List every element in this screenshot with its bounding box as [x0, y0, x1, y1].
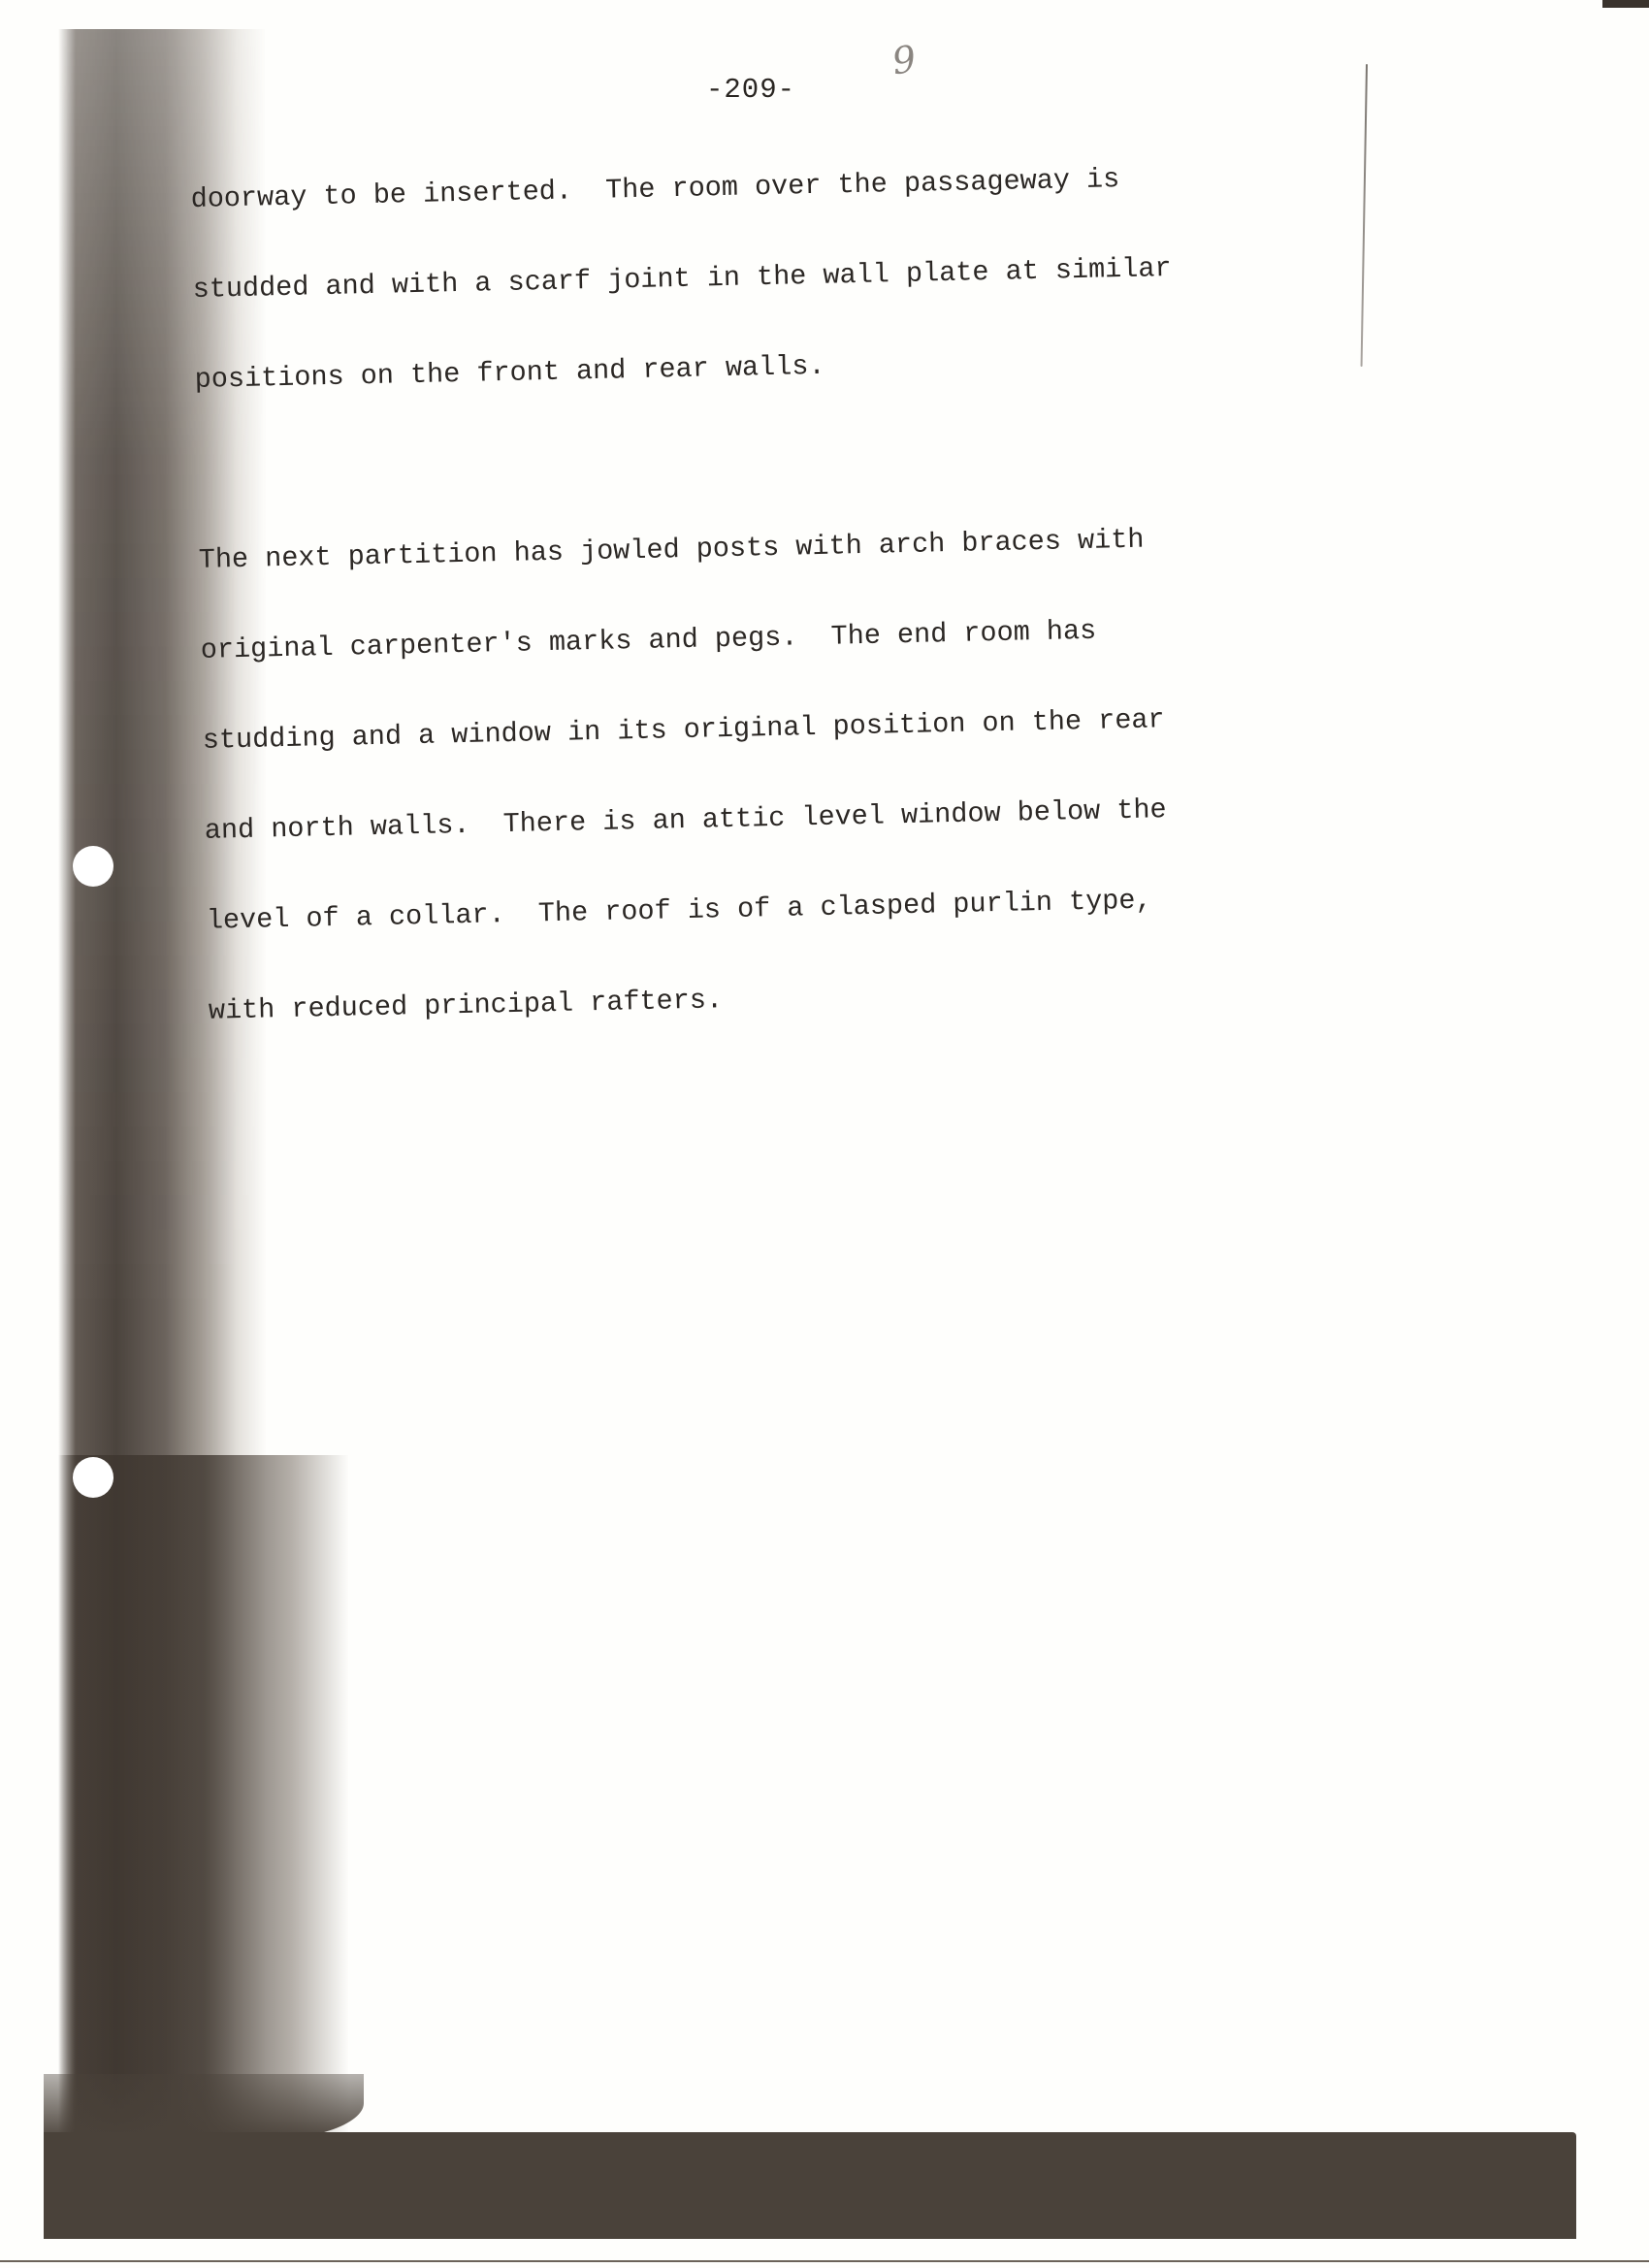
page-bottom-edge-line	[0, 2260, 1649, 2262]
handwritten-annotation: 9	[889, 38, 919, 83]
text-line: original carpenter's marks and pegs. The…	[200, 610, 1344, 665]
copier-shadow-left-lower	[58, 1455, 378, 2173]
paragraph-1: doorway to be inserted. The room over th…	[189, 99, 1341, 455]
scanned-page: -209- 9 doorway to be inserted. The room…	[0, 0, 1649, 2268]
text-line: studding and a window in its original po…	[203, 700, 1347, 756]
paragraph-2: The next partition has jowled posts with…	[197, 460, 1354, 1086]
text-line: positions on the front and rear walls.	[194, 340, 1339, 395]
pencil-margin-line	[1361, 64, 1368, 367]
text-line: with reduced principal rafters.	[209, 971, 1353, 1026]
typewritten-body: doorway to be inserted. The room over th…	[189, 99, 1355, 1116]
text-line: The next partition has jowled posts with…	[198, 520, 1342, 575]
copier-shadow-bottom-edge	[44, 2132, 1576, 2239]
text-line: and north walls. There is an attic level…	[205, 791, 1349, 846]
punch-hole-upper	[73, 846, 113, 887]
page-number: -209-	[706, 74, 795, 106]
text-line: doorway to be inserted. The room over th…	[190, 159, 1335, 214]
text-line: studded and with a scarf joint in the wa…	[192, 249, 1337, 305]
text-line: level of a collar. The roof is of a clas…	[207, 881, 1351, 936]
punch-hole-lower	[73, 1457, 113, 1498]
copier-edge-shadow-top	[1602, 0, 1649, 8]
